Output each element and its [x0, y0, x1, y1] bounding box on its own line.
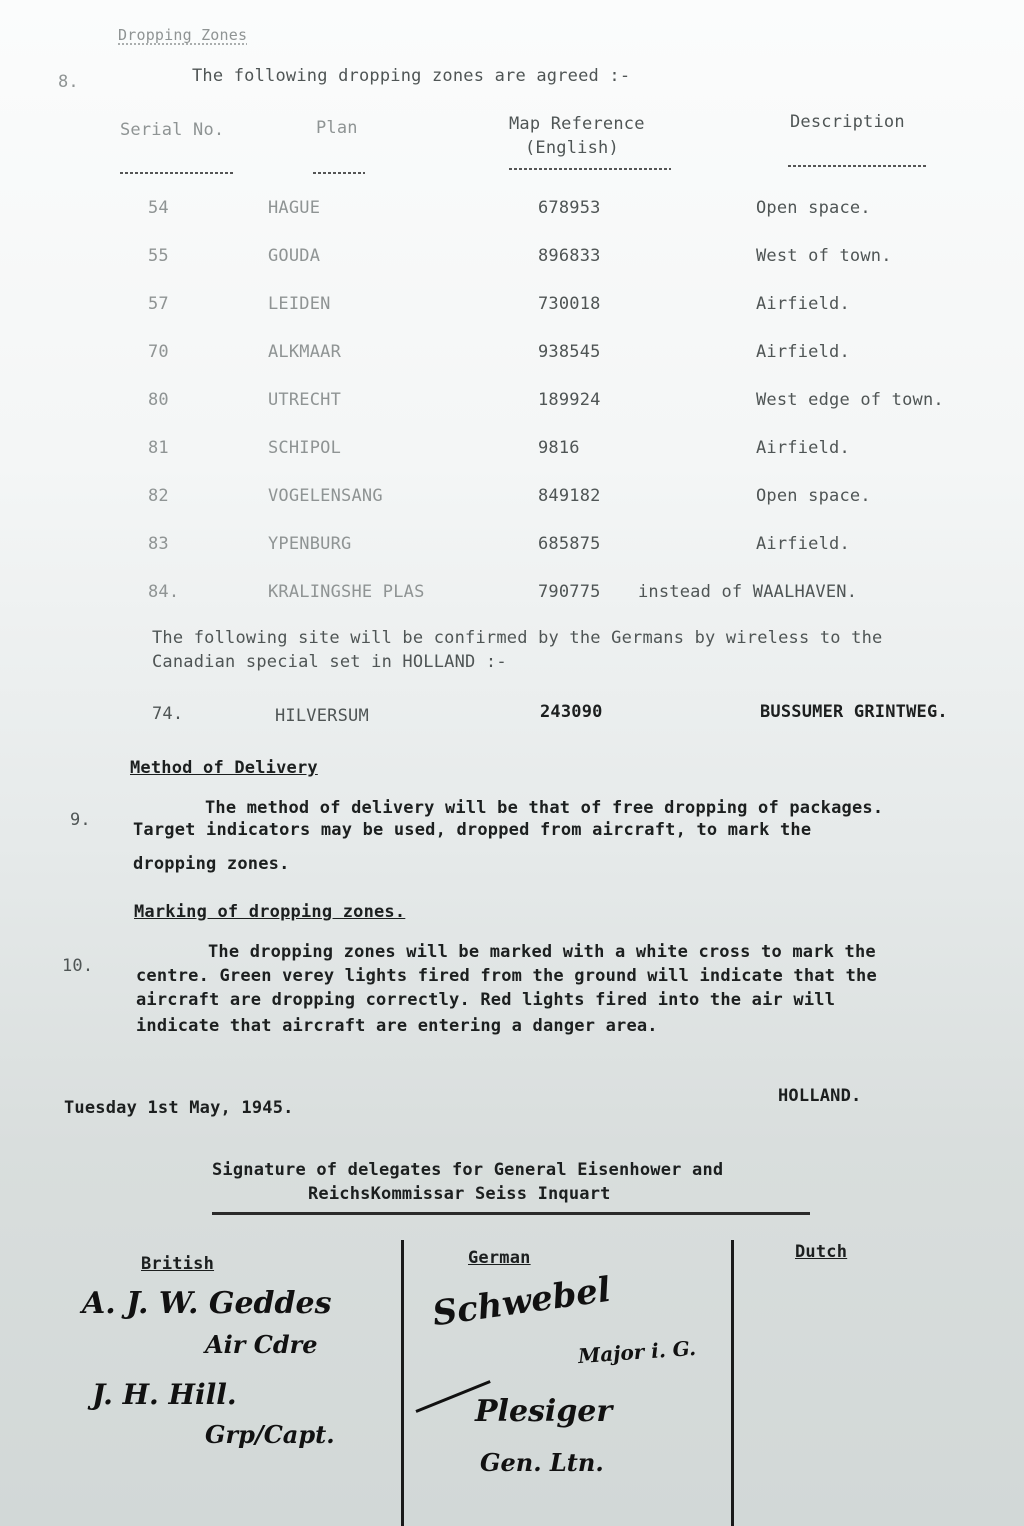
- place: HOLLAND.: [778, 1086, 861, 1106]
- document-page: Dropping Zones 8. The following dropping…: [0, 0, 1024, 1526]
- row-serial: 82: [148, 486, 169, 506]
- header-underline: [509, 168, 671, 170]
- column-label-british: British: [141, 1254, 214, 1274]
- signature-british-2: J. H. Hill.: [92, 1378, 237, 1411]
- marking-line-3: aircraft are dropping correctly. Red lig…: [136, 990, 835, 1010]
- row-plan: ALKMAAR: [268, 342, 341, 362]
- row-description: Open space.: [756, 486, 871, 506]
- row-description: West of town.: [756, 246, 892, 266]
- date-line: Tuesday 1st May, 1945.: [64, 1098, 294, 1118]
- row-plan: HAGUE: [268, 198, 320, 218]
- header-underline: [788, 165, 928, 167]
- signature-german-1: Schwebel: [430, 1270, 613, 1335]
- method-line-1: The method of delivery will be that of f…: [205, 798, 883, 818]
- paragraph-8-intro: The following dropping zones are agreed …: [192, 66, 630, 86]
- row-map-ref: 189924: [538, 390, 601, 410]
- row-serial: 70: [148, 342, 169, 362]
- header-map-reference-english: (English): [525, 138, 619, 158]
- row-description: instead of WAALHAVEN.: [638, 582, 857, 602]
- row-map-ref: 896833: [538, 246, 601, 266]
- row-description: West edge of town.: [756, 390, 944, 410]
- row-description: Open space.: [756, 198, 871, 218]
- signature-british-1-rank: Air Cdre: [205, 1330, 318, 1359]
- method-line-2: Target indicators may be used, dropped f…: [133, 820, 811, 840]
- row-map-ref: 730018: [538, 294, 601, 314]
- row-map-ref: 938545: [538, 342, 601, 362]
- signature-british-1: A. J. W. Geddes: [82, 1286, 331, 1321]
- row-plan: VOGELENSANG: [268, 486, 383, 506]
- row-serial: 55: [148, 246, 169, 266]
- marking-line-4: indicate that aircraft are entering a da…: [136, 1016, 658, 1036]
- row-map-ref: 678953: [538, 198, 601, 218]
- row-map-ref: 849182: [538, 486, 601, 506]
- row-plan: UTRECHT: [268, 390, 341, 410]
- row-serial: 57: [148, 294, 169, 314]
- signature-heading-line-1: Signature of delegates for General Eisen…: [212, 1160, 723, 1180]
- confirmed-plan: HILVERSUM: [275, 706, 369, 726]
- signature-german-2-rank: Gen. Ltn.: [480, 1448, 604, 1477]
- signature-german-1-rank: Major i. G.: [577, 1336, 696, 1368]
- row-plan: LEIDEN: [268, 294, 331, 314]
- confirmed-description: BUSSUMER GRINTWEG.: [760, 702, 948, 722]
- row-map-ref: 9816: [538, 438, 580, 458]
- row-serial: 54: [148, 198, 169, 218]
- marking-heading: Marking of dropping zones.: [134, 902, 405, 922]
- header-description: Description: [790, 112, 905, 132]
- confirmation-line-1: The following site will be confirmed by …: [152, 628, 882, 648]
- column-label-dutch: Dutch: [795, 1242, 847, 1262]
- column-label-german: German: [468, 1248, 531, 1268]
- row-plan: KRALINGSHE PLAS: [268, 582, 425, 602]
- header-map-reference: Map Reference: [509, 114, 645, 134]
- row-serial: 84.: [148, 582, 179, 602]
- row-description: Airfield.: [756, 438, 850, 458]
- row-map-ref: 685875: [538, 534, 601, 554]
- method-heading: Method of Delivery: [130, 758, 318, 778]
- column-separator: [731, 1240, 734, 1526]
- row-map-ref: 790775: [538, 582, 601, 602]
- confirmed-map-ref: 243090: [540, 702, 603, 722]
- marking-line-2: centre. Green verey lights fired from th…: [136, 966, 877, 986]
- marking-line-1: The dropping zones will be marked with a…: [208, 942, 876, 962]
- header-underline: [120, 172, 235, 174]
- confirmation-line-2: Canadian special set in HOLLAND :-: [152, 652, 507, 672]
- paragraph-number-9: 9.: [70, 810, 91, 830]
- row-description: Airfield.: [756, 294, 850, 314]
- signature-german-2: Plesiger: [475, 1394, 612, 1429]
- column-separator: [401, 1240, 404, 1526]
- row-serial: 83: [148, 534, 169, 554]
- paragraph-number-8: 8.: [58, 72, 79, 92]
- paragraph-number-10: 10.: [62, 956, 93, 976]
- method-line-3: dropping zones.: [133, 854, 290, 874]
- header-plan: Plan: [316, 118, 358, 138]
- section-heading: Dropping Zones: [118, 26, 247, 44]
- row-description: Airfield.: [756, 342, 850, 362]
- row-serial: 80: [148, 390, 169, 410]
- row-plan: YPENBURG: [268, 534, 351, 554]
- header-underline: [313, 172, 365, 174]
- signature-british-2-rank: Grp/Capt.: [205, 1420, 335, 1449]
- row-serial: 81: [148, 438, 169, 458]
- signature-divider: [212, 1212, 810, 1215]
- row-plan: GOUDA: [268, 246, 320, 266]
- confirmed-serial: 74.: [152, 704, 183, 724]
- row-description: Airfield.: [756, 534, 850, 554]
- header-serial: Serial No.: [120, 120, 224, 140]
- row-plan: SCHIPOL: [268, 438, 341, 458]
- signature-heading-line-2: ReichsKommissar Seiss Inquart: [308, 1184, 611, 1204]
